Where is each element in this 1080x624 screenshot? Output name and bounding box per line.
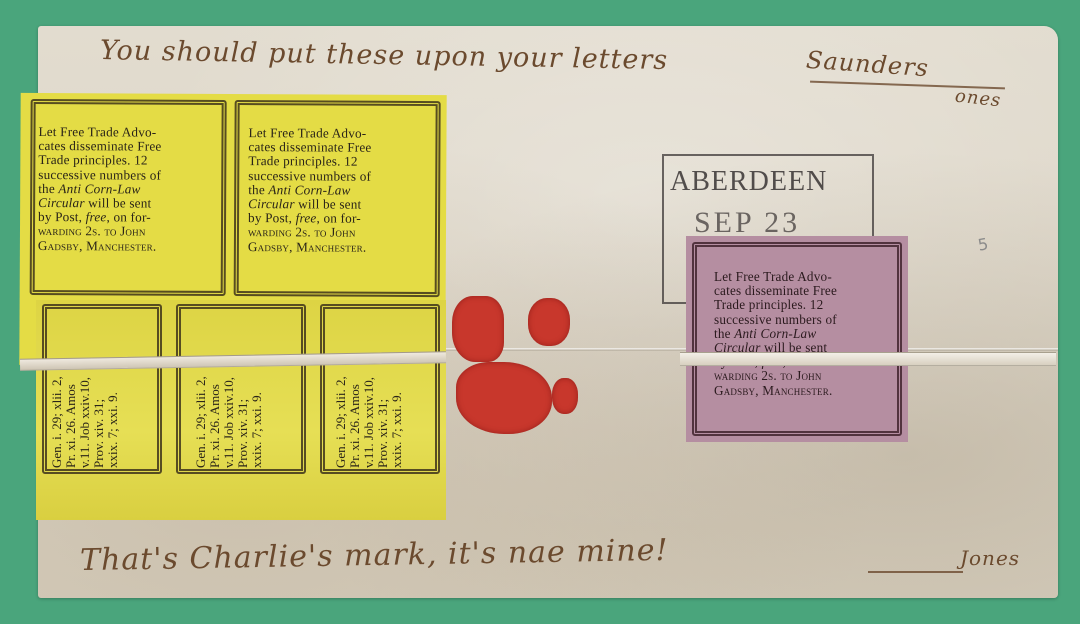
seal-fragment bbox=[528, 298, 570, 346]
yellow-label-left-text: Let Free Trade Advo- cates disseminate F… bbox=[38, 125, 162, 253]
bottom-signature-dash bbox=[868, 571, 963, 573]
purple-label: Let Free Trade Advo- cates disseminate F… bbox=[686, 236, 908, 442]
seal-fragment bbox=[452, 296, 504, 362]
seal-fragment bbox=[552, 378, 578, 414]
purple-label-text: Let Free Trade Advo- cates disseminate F… bbox=[714, 270, 837, 398]
scripture-label-1: Gen. i. 29; xlii. 2, Pr. xi. 26. Amos v.… bbox=[50, 376, 120, 468]
postmark-date: SEP 23 bbox=[694, 206, 800, 240]
flap-edge bbox=[680, 352, 1056, 366]
yellow-label-right-text: Let Free Trade Advo- cates disseminate F… bbox=[248, 126, 372, 254]
bottom-signature: Jones bbox=[960, 546, 1020, 570]
postmark-town: ABERDEEN bbox=[670, 166, 827, 198]
scripture-label-2: Gen. i. 29; xlii. 2, Pr. xi. 26. Amos v.… bbox=[194, 376, 264, 468]
scripture-label-3: Gen. i. 29; xlii. 2, Pr. xi. 26. Amos v.… bbox=[334, 376, 404, 468]
seal-fragment bbox=[456, 362, 552, 434]
yellow-label-sheet-lower: Gen. i. 29; xlii. 2, Pr. xi. 26. Amos v.… bbox=[36, 300, 446, 520]
